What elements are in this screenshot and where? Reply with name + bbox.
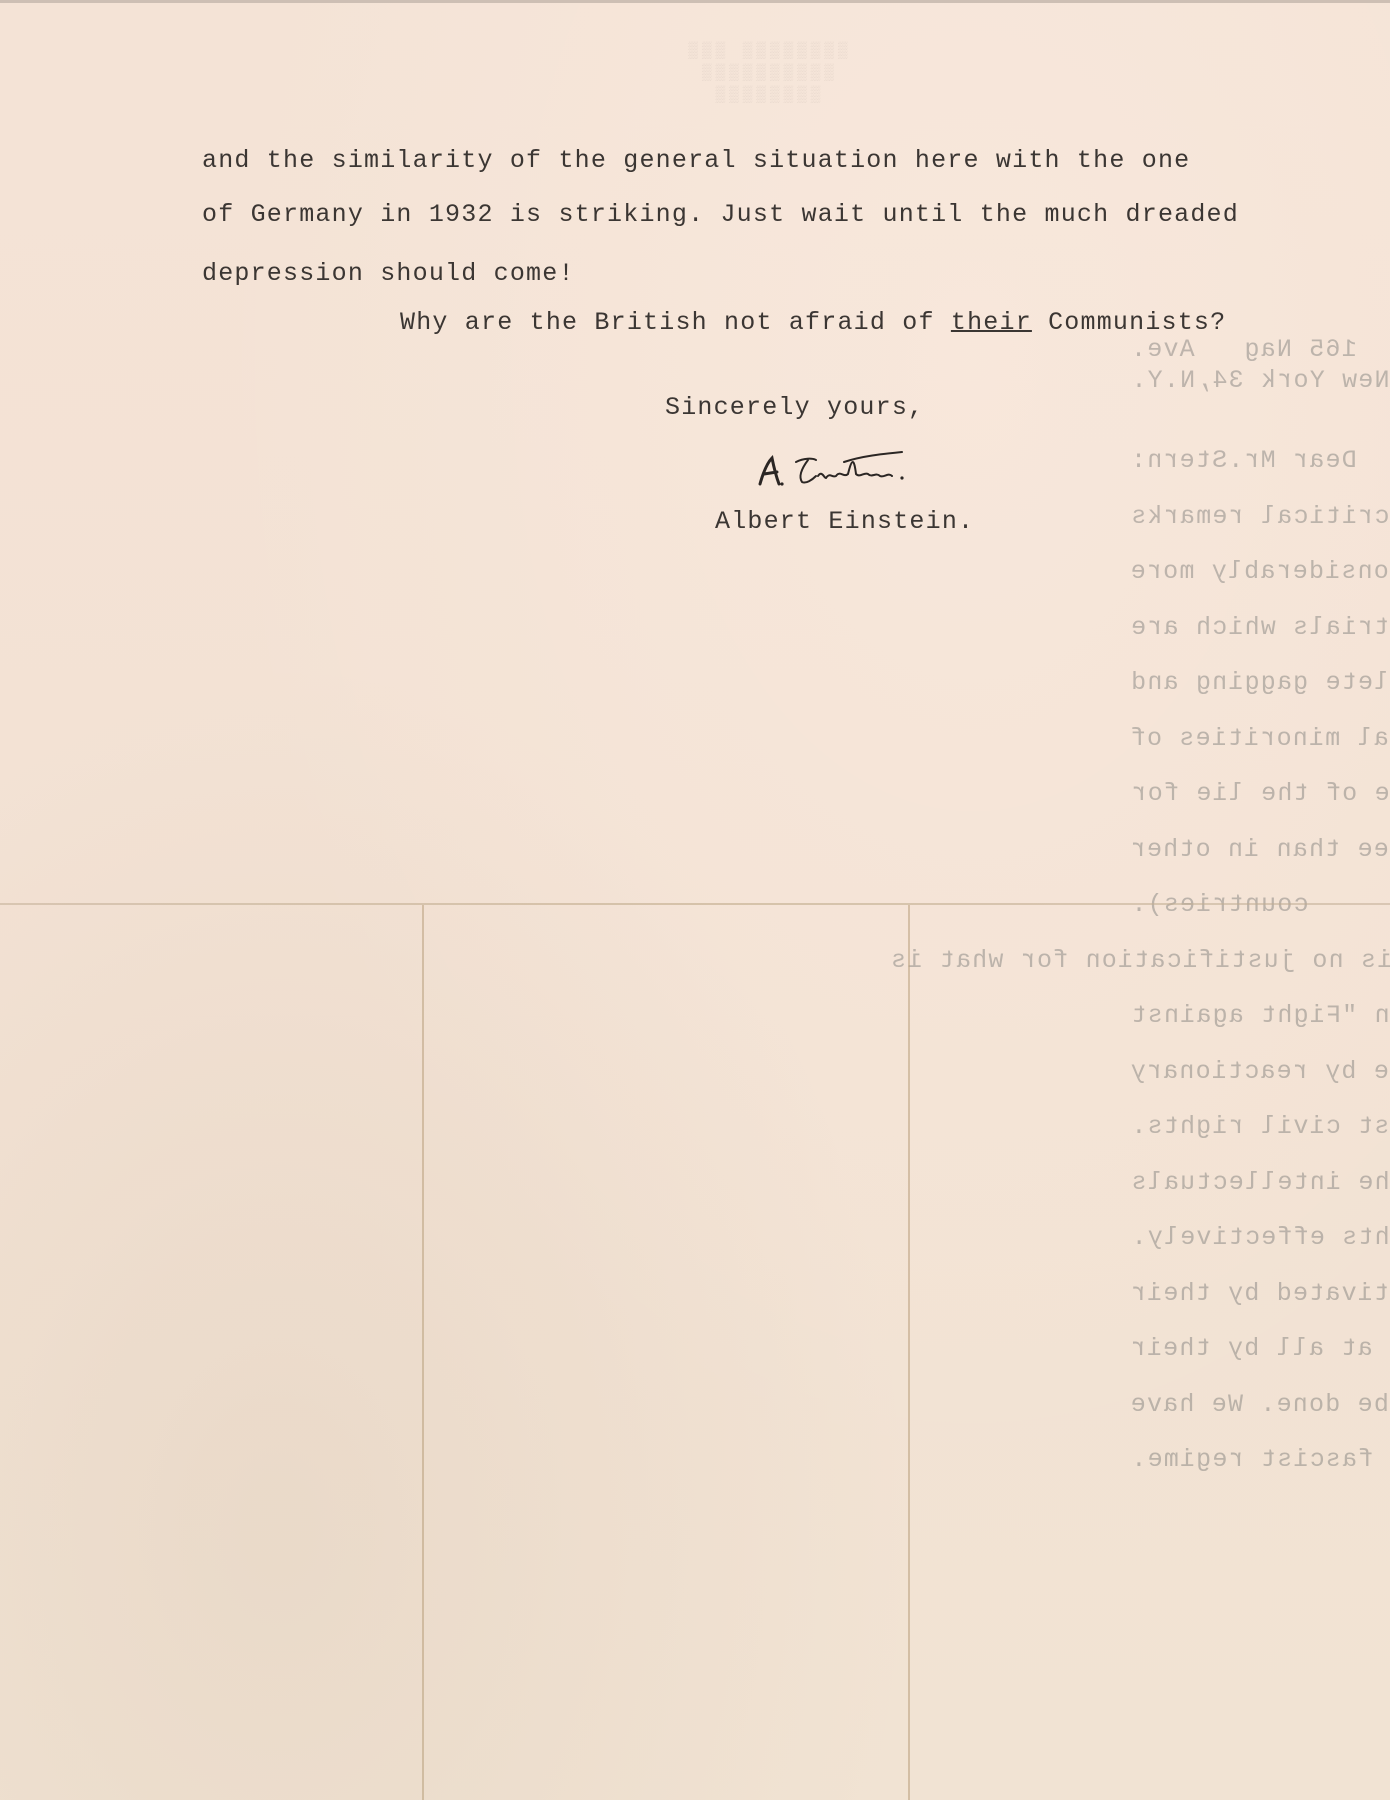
bleed-line: political purposes (to a much higher deg… bbox=[1130, 835, 1390, 864]
bleed-line: -sometimes good - judgement about what s… bbox=[1130, 1390, 1390, 1419]
bleed-line: to it: the mendacity of the political tr… bbox=[1130, 613, 1390, 642]
bleed-line: happening in our country under the sloga… bbox=[1130, 1001, 1390, 1030]
typed-signature-name: Albert Einstein. bbox=[715, 507, 974, 536]
bleed-line: momentary personal advantage and rarely … bbox=[1130, 1334, 1390, 1363]
closing-question-before: Why are the British not afraid of bbox=[400, 308, 951, 337]
bleed-line: And the individual politicians are only … bbox=[1130, 1279, 1390, 1308]
closing-question: Why are the British not afraid of their … bbox=[400, 308, 1226, 337]
bleed-line: Communism". The "Communist Menace" is us… bbox=[1130, 1057, 1390, 1086]
body-line: and the similarity of the general situat… bbox=[202, 146, 1190, 175]
underlined-word: their bbox=[951, 308, 1032, 337]
bleed-line: too intimitated to defend their constitu… bbox=[1130, 1223, 1390, 1252]
bleed-line: nothing but legalized murder, the comple… bbox=[1130, 668, 1390, 697]
handwritten-signature bbox=[752, 448, 952, 494]
body-line: depression should come! bbox=[202, 259, 575, 288]
bleed-line: deprivation of the individual and politi… bbox=[1130, 724, 1390, 753]
bleed-address-line: New York 34,N.Y. bbox=[1130, 366, 1389, 395]
closing-salutation: Sincerely yours, bbox=[665, 393, 924, 422]
vertical-fold-crease bbox=[422, 905, 424, 1800]
horizontal-fold-crease bbox=[0, 903, 1390, 905]
bleed-line: progressed far toward the establishment … bbox=[1130, 1445, 1390, 1474]
vertical-fold-crease bbox=[908, 905, 910, 1800]
bleed-line: about the Russian regime. One could add … bbox=[1130, 557, 1390, 586]
bleed-salutation: Dear Mr.Stern: bbox=[1130, 446, 1357, 475]
closing-question-after: Communists? bbox=[1032, 308, 1226, 337]
body-line: of Germany in 1932 is striking. Just wai… bbox=[202, 200, 1239, 229]
bleed-address-line: 165 Nag Ave. bbox=[1130, 335, 1357, 364]
bleed-line: I agree fully with your critical remarks bbox=[1130, 502, 1390, 531]
bleed-line: any civil rights, the deliberate use of … bbox=[1130, 779, 1390, 808]
bleed-line: But all this is no justification for wha… bbox=[890, 946, 1390, 975]
bleed-line: politicians as a pretext for the fight a… bbox=[1130, 1112, 1390, 1141]
bleed-line: The people in general are too misguided … bbox=[1130, 1168, 1390, 1197]
